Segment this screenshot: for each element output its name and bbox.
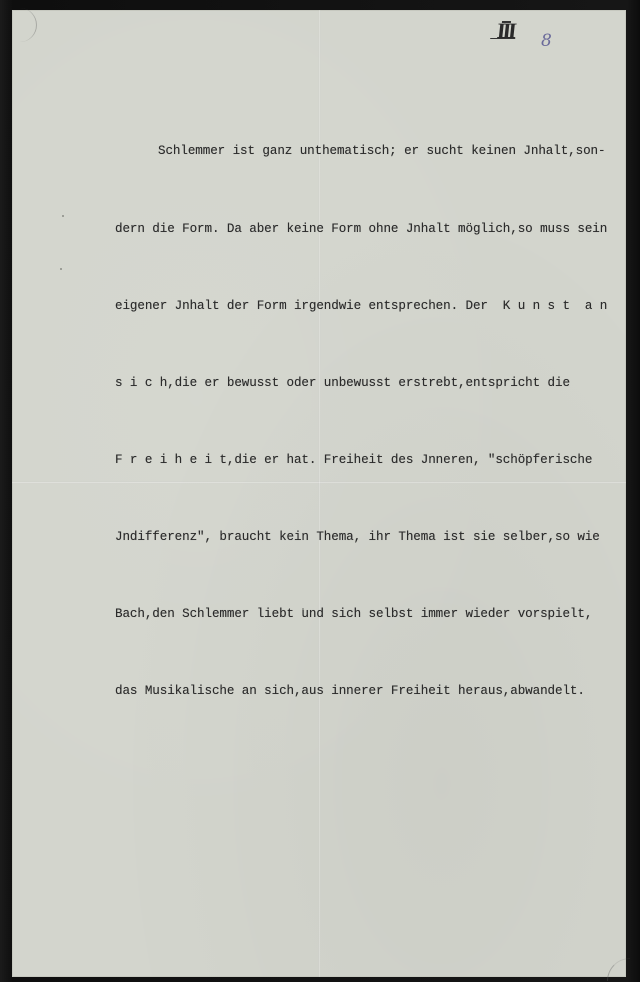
- text-line: s i c h,die er bewusst oder unbewusst er…: [115, 371, 615, 397]
- page-roman-numeral: III: [496, 18, 515, 44]
- text-line: Bach,den Schlemmer liebt und sich selbst…: [115, 602, 615, 628]
- text-line: Schlemmer ist ganz unthematisch; er such…: [115, 139, 615, 165]
- text-line: F r e i h e i t,die er hat. Freiheit des…: [115, 448, 615, 474]
- text-line: Jndifferenz", braucht kein Thema, ihr Th…: [115, 525, 615, 551]
- text-line: eigener Jnhalt der Form irgendwie entspr…: [115, 294, 615, 320]
- folio-number: 8: [541, 31, 552, 51]
- corner-curl-bottom-right: [607, 958, 630, 981]
- corner-curl-top-left: [10, 8, 37, 42]
- text-line: das Musikalische an sich,aus innerer Fre…: [115, 679, 615, 705]
- typewritten-paragraph: Schlemmer ist ganz unthematisch; er such…: [115, 88, 615, 730]
- text-line: dern die Form. Da aber keine Form ohne J…: [115, 217, 615, 243]
- paper-speck: [60, 268, 62, 270]
- paper-speck: [62, 215, 64, 217]
